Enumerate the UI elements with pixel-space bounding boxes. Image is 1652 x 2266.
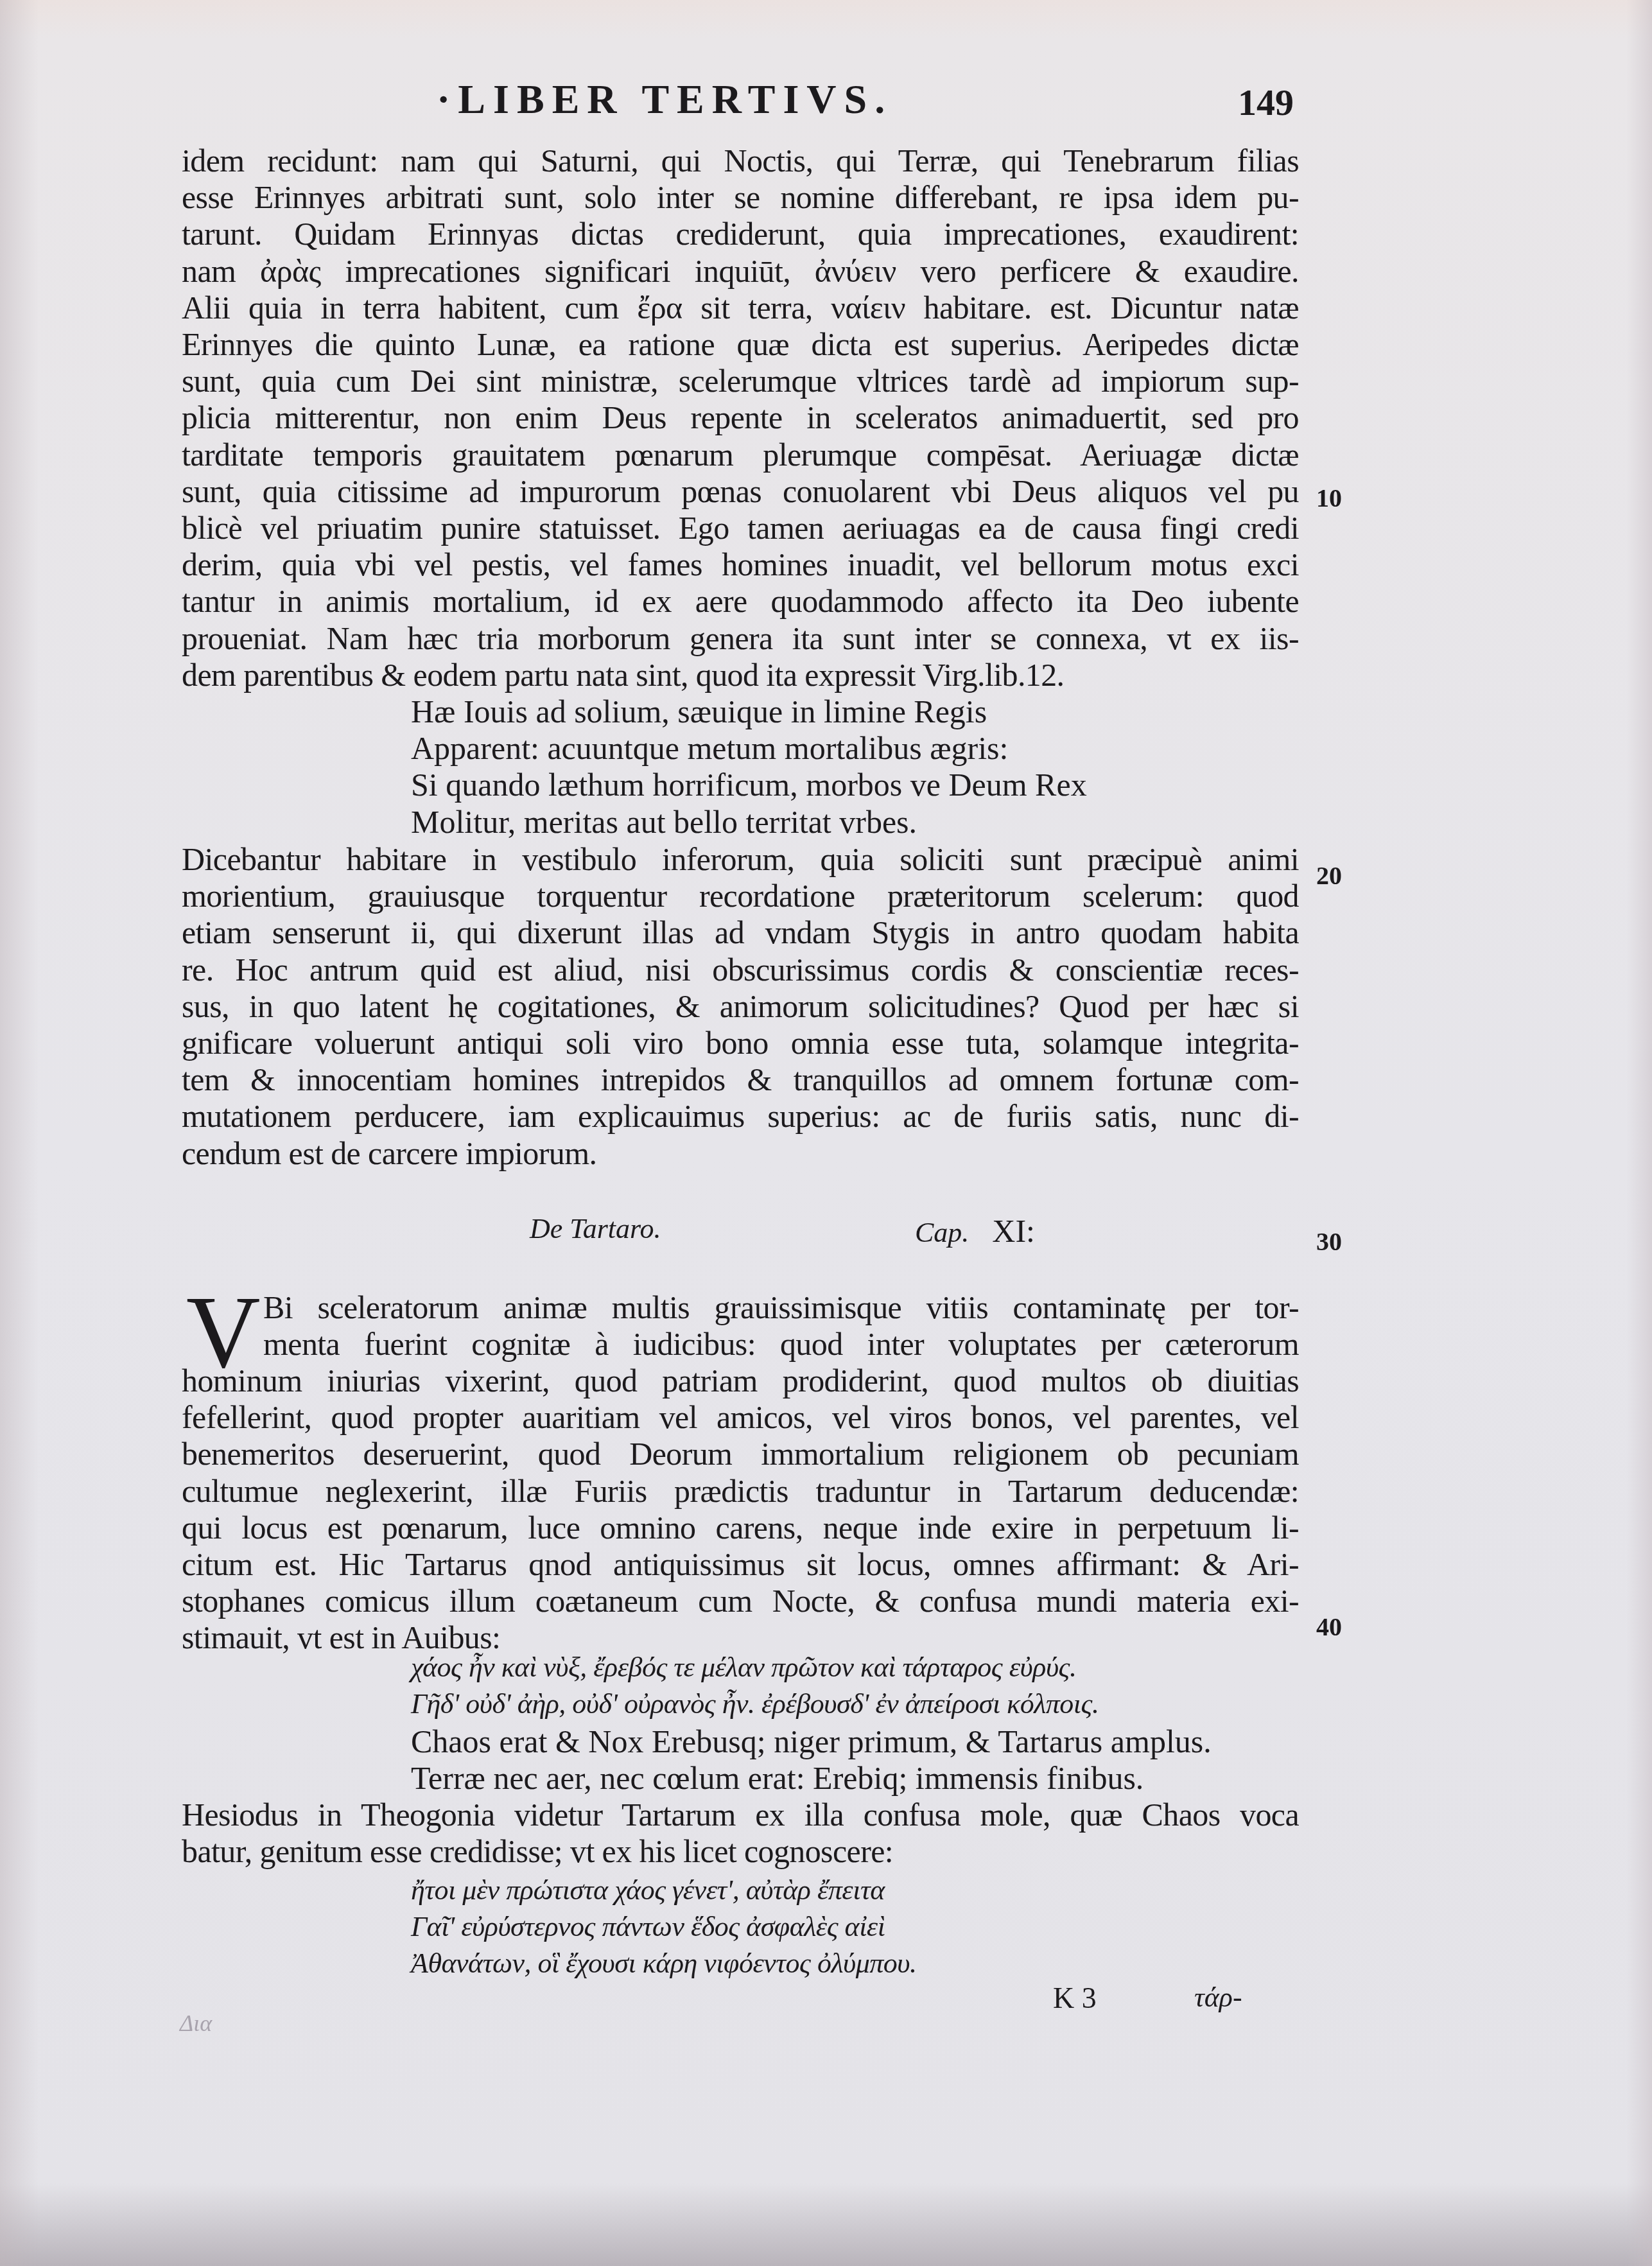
text-line: esse Erinnyes arbitrati sunt, solo inter… — [182, 179, 1299, 216]
paragraph-3: hominum iniurias vixerint, quod patriam … — [182, 1363, 1299, 1657]
bleed-through-mark: Δια — [180, 2010, 212, 2037]
margin-line-number: 10 — [1316, 483, 1342, 513]
greek-line: Γαῖ' εὐρύστερνος πάντων ἕδος ἀσφαλὲς αἰε… — [411, 1908, 916, 1945]
margin-line-number: 20 — [1316, 860, 1342, 891]
verse-line: Si quando læthum horrificum, morbos ve D… — [411, 767, 1087, 803]
text-line: re. Hoc antrum quid est aliud, nisi obsc… — [182, 952, 1299, 988]
text-line: Bi sceleratorum animæ multis grauissimis… — [263, 1289, 1299, 1326]
chapter-number: Cap.XI: — [915, 1212, 1035, 1250]
paragraph-4: Hesiodus in Theogonia videtur Tartarum e… — [182, 1797, 1299, 1870]
chapter-numeral: XI: — [992, 1213, 1035, 1249]
text-line: fefellerint, quod propter auaritiam vel … — [182, 1399, 1299, 1436]
text-line: sunt, quia cum Dei sint ministræ, sceler… — [182, 363, 1299, 399]
text-line: tarunt. Quidam Erinnyas dictas credideru… — [182, 216, 1299, 252]
text-line: derim, quia vbi vel pestis, vel fames ho… — [182, 546, 1299, 583]
page-number: 149 — [1238, 81, 1294, 124]
greek-line: χάος ἦν καὶ νὺξ, ἔρεβός τε μέλαν πρῶτον … — [411, 1649, 1099, 1686]
text-line: tarditate temporis grauitatem pœnarum pl… — [182, 437, 1299, 473]
text-line: cultumue neglexerint, illæ Furiis prædic… — [182, 1473, 1299, 1510]
text-line: benemeritos deseruerint, quod Deorum imm… — [182, 1436, 1299, 1472]
greek-line: Ἀθανάτων, οἳ ἔχουσι κάρη νιφόεντος ὀλύμπ… — [411, 1945, 916, 1982]
chapter-cap-label: Cap. — [915, 1217, 969, 1248]
text-line: batur, genitum esse credidisse; vt ex hi… — [182, 1833, 1299, 1870]
text-line: blicè vel priuatim punire statuisset. Eg… — [182, 510, 1299, 546]
verse-line: Molitur, meritas aut bello territat vrbe… — [411, 804, 1087, 841]
text-line: qui locus est pœnarum, luce omnino caren… — [182, 1510, 1299, 1546]
greek-line: ἤτοι μὲν πρώτιστα χάος γένετ', αὐτὰρ ἔπε… — [411, 1872, 916, 1908]
text-line: menta fuerint cognitæ à iudicibus: quod … — [263, 1326, 1299, 1363]
text-line: Alii quia in terra habitent, cum ἔρα sit… — [182, 290, 1299, 326]
verse-line: Chaos erat & Nox Erebusq; niger primum, … — [411, 1723, 1212, 1760]
text-line: tantur in animis mortalium, id ex aere q… — [182, 583, 1299, 620]
text-line: proueniat. Nam hæc tria morborum genera … — [182, 620, 1299, 657]
text-line: hominum iniurias vixerint, quod patriam … — [182, 1363, 1299, 1399]
text-line: Erinnyes die quinto Lunæ, ea ratione quæ… — [182, 326, 1299, 363]
margin-line-number: 40 — [1316, 1612, 1342, 1642]
text-line: nam ἀρὰς imprecationes significari inqui… — [182, 253, 1299, 290]
paragraph-1: idem recidunt: nam qui Saturni, qui Noct… — [182, 143, 1299, 693]
text-line: stophanes comicus illum coætaneum cum No… — [182, 1583, 1299, 1619]
text-line: dem parentibus & eodem partu nata sint, … — [182, 657, 1299, 693]
text-line: citum est. Hic Tartarus qnod antiquissim… — [182, 1546, 1299, 1583]
margin-line-number: 30 — [1316, 1226, 1342, 1257]
greek-verse-hesiod: ἤτοι μὲν πρώτιστα χάος γένετ', αὐτὰρ ἔπε… — [411, 1872, 916, 1982]
text-line: etiam senserunt ii, qui dixerunt illas a… — [182, 914, 1299, 951]
text-line: idem recidunt: nam qui Saturni, qui Noct… — [182, 143, 1299, 179]
verse-line: Terræ nec aer, nec cœlum erat: Erebiq; i… — [411, 1760, 1212, 1797]
catchword: τάρ- — [1194, 1981, 1242, 2014]
text-line: plicia mitterentur, non enim Deus repent… — [182, 399, 1299, 436]
latin-translation: Chaos erat & Nox Erebusq; niger primum, … — [411, 1723, 1212, 1797]
signature-mark: K 3 — [1053, 1981, 1097, 2015]
verse-line: Hæ Iouis ad solium, sæuique in limine Re… — [411, 693, 1087, 730]
paragraph-3-indented: Bi sceleratorum animæ multis grauissimis… — [263, 1289, 1299, 1363]
text-line: Dicebantur habitare in vestibulo inferor… — [182, 841, 1299, 878]
greek-verse-aristophanes: χάος ἦν καὶ νὺξ, ἔρεβός τε μέλαν πρῶτον … — [411, 1649, 1099, 1722]
verse-line: Apparent: acuuntque metum mortalibus ægr… — [411, 730, 1087, 767]
running-head: ·LIBER TERTIVS. — [437, 76, 892, 123]
paragraph-2: Dicebantur habitare in vestibulo inferor… — [182, 841, 1299, 1172]
greek-line: Γῆδ' οὐδ' ἀὴρ, οὐδ' οὐρανὸς ἦν. ἐρέβουσδ… — [411, 1686, 1099, 1722]
text-line: mutationem perducere, iam explicauimus s… — [182, 1098, 1299, 1135]
verse-virgil: Hæ Iouis ad solium, sæuique in limine Re… — [411, 693, 1087, 841]
text-line: morientium, grauiusque torquentur record… — [182, 878, 1299, 914]
text-line: Hesiodus in Theogonia videtur Tartarum e… — [182, 1797, 1299, 1833]
text-line: sus, in quo latent hę cogitationes, & an… — [182, 988, 1299, 1025]
text-line: sunt, quia citissime ad impurorum pœnas … — [182, 473, 1299, 510]
text-line: cendum est de carcere impiorum. — [182, 1135, 1299, 1172]
text-line: tem & innocentiam homines intrepidos & t… — [182, 1061, 1299, 1098]
book-page: ·LIBER TERTIVS. 149 idem recidunt: nam q… — [0, 0, 1652, 2266]
text-line: gnificare voluerunt antiqui soli viro bo… — [182, 1025, 1299, 1061]
chapter-title: De Tartaro. — [530, 1212, 661, 1245]
